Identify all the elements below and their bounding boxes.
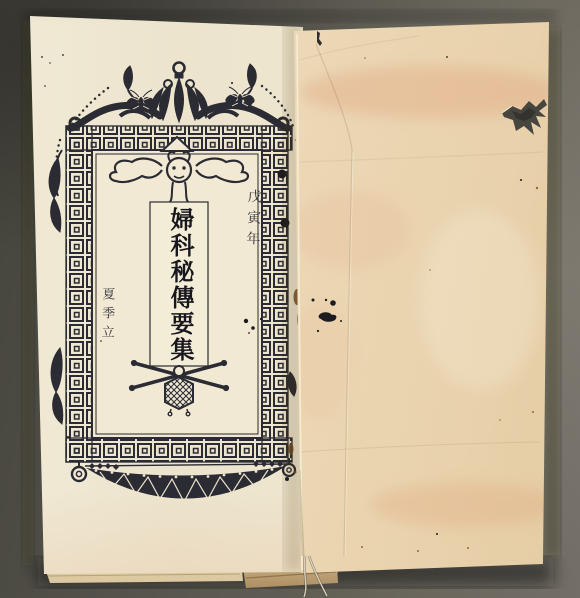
- photograph: 戊寅年 婦科秘傳要集 夏季立: [0, 0, 580, 598]
- binding-thread: [0, 0, 580, 598]
